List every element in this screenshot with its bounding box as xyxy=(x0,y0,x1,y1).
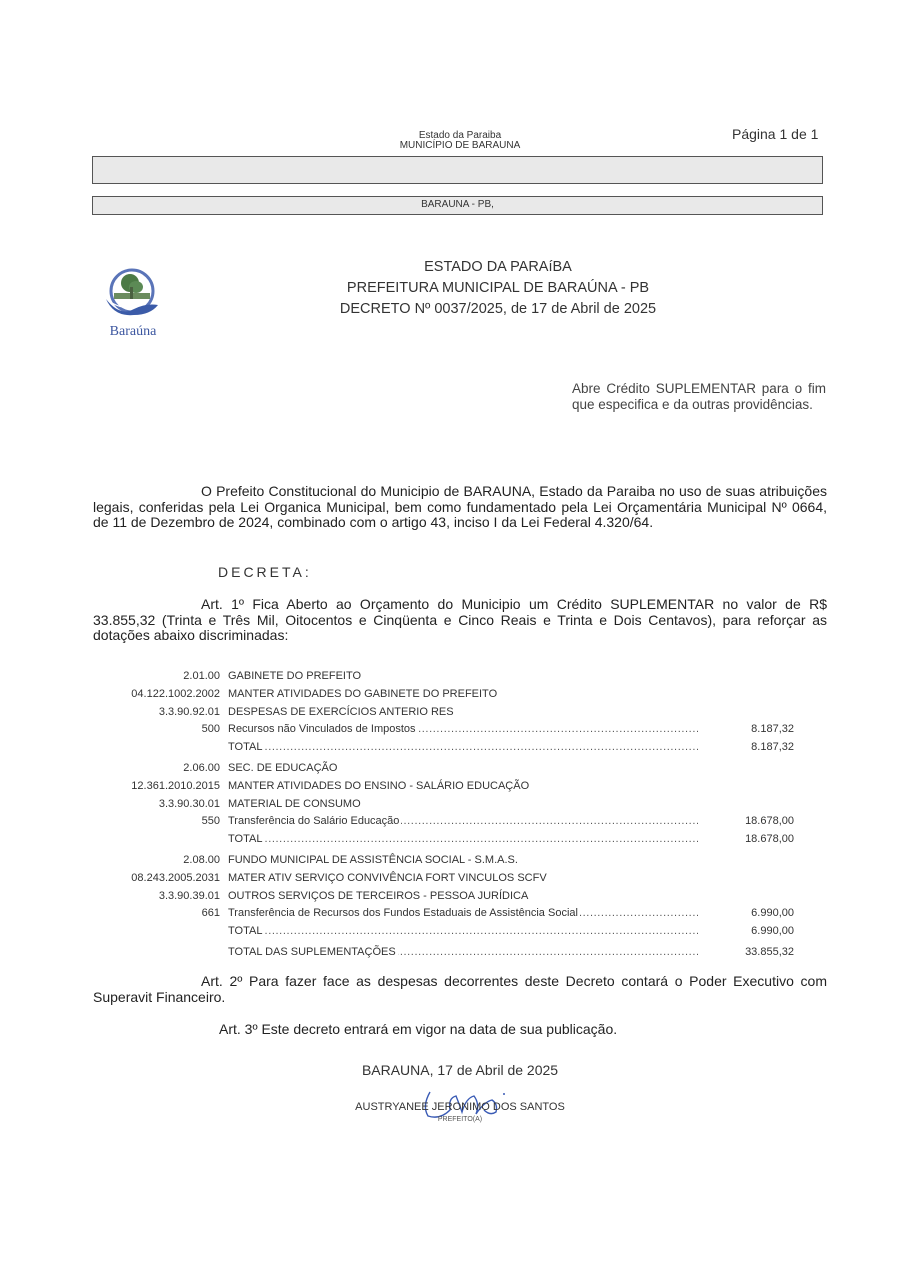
action-name: MANTER ATIVIDADES DO GABINETE DO PREFEIT… xyxy=(228,686,497,702)
total-amount: 8.187,32 xyxy=(700,739,794,755)
article-2: Art. 2º Para fazer face as despesas deco… xyxy=(93,974,827,1005)
action-code: 04.122.1002.2002 xyxy=(131,686,220,702)
element-name: MATERIAL DE CONSUMO xyxy=(228,796,361,812)
preamble-paragraph: O Prefeito Constitucional do Municipio d… xyxy=(93,484,827,531)
source-code: 661 xyxy=(202,905,220,921)
unit-name: SEC. DE EDUCAÇÃO xyxy=(228,760,337,776)
total-amount: 6.990,00 xyxy=(700,923,794,939)
logo-caption: Baraúna xyxy=(100,324,166,340)
source-name: Recursos não Vinculados de Impostos xyxy=(228,721,698,737)
unit-name: FUNDO MUNICIPAL DE ASSISTÊNCIA SOCIAL - … xyxy=(228,852,518,868)
table-row: 12.361.2010.2015 MANTER ATIVIDADES DO EN… xyxy=(0,778,900,794)
action-name: MATER ATIV SERVIÇO CONVIVÊNCIA FORT VINC… xyxy=(228,870,547,886)
action-name: MANTER ATIVIDADES DO ENSINO - SALÁRIO ED… xyxy=(228,778,529,794)
total-label: TOTAL xyxy=(228,739,698,755)
unit-code: 2.01.00 xyxy=(183,668,220,684)
unit-code: 2.08.00 xyxy=(183,852,220,868)
signatory-role: PREFEITO(A) xyxy=(400,1116,520,1123)
article-3: Art. 3º Este decreto entrará em vigor na… xyxy=(219,1021,617,1037)
grand-total-label: TOTAL DAS SUPLEMENTAÇÕES xyxy=(228,944,698,960)
element-code: 3.3.90.30.01 xyxy=(159,796,220,812)
logo: Baraúna xyxy=(100,265,170,340)
table-row: 3.3.90.39.01 OUTROS SERVIÇOS DE TERCEIRO… xyxy=(0,888,900,904)
source-code: 500 xyxy=(202,721,220,737)
table-row: 661 Transferência de Recursos dos Fundos… xyxy=(0,905,900,921)
header-box-location: BARAUNA - PB, xyxy=(92,196,823,215)
source-code: 550 xyxy=(202,813,220,829)
total-label: TOTAL xyxy=(228,923,698,939)
action-code: 08.243.2005.2031 xyxy=(131,870,220,886)
table-row: 3.3.90.30.01 MATERIAL DE CONSUMO xyxy=(0,796,900,812)
decreta-heading: DECRETA: xyxy=(218,564,312,580)
title-state: ESTADO DA PARAíBA xyxy=(288,257,708,278)
element-name: OUTROS SERVIÇOS DE TERCEIROS - PESSOA JU… xyxy=(228,888,528,904)
header-box-blank xyxy=(92,156,823,184)
table-row: TOTAL 6.990,00 xyxy=(0,923,900,939)
table-row: 04.122.1002.2002 MANTER ATIVIDADES DO GA… xyxy=(0,686,900,702)
signatory-name: AUSTRYANEE JERONIMO DOS SANTOS xyxy=(320,1101,600,1113)
source-amount: 8.187,32 xyxy=(700,721,794,737)
article-1: Art. 1º Fica Aberto ao Orçamento do Muni… xyxy=(93,597,827,644)
table-row: TOTAL 8.187,32 xyxy=(0,739,900,755)
table-row: 2.08.00 FUNDO MUNICIPAL DE ASSISTÊNCIA S… xyxy=(0,852,900,868)
header-municipality: MUNICÍPIO DE BARAUNA xyxy=(360,141,560,151)
table-row: 550 Transferência do Salário Educação 18… xyxy=(0,813,900,829)
element-code: 3.3.90.39.01 xyxy=(159,888,220,904)
element-name: DESPESAS DE EXERCÍCIOS ANTERIO RES xyxy=(228,704,454,720)
source-name: Transferência do Salário Educação xyxy=(228,813,698,829)
action-code: 12.361.2010.2015 xyxy=(131,778,220,794)
source-name: Transferência de Recursos dos Fundos Est… xyxy=(228,905,698,921)
table-row: 08.243.2005.2031 MATER ATIV SERVIÇO CONV… xyxy=(0,870,900,886)
table-row: 2.01.00 GABINETE DO PREFEITO xyxy=(0,668,900,684)
grand-total-row: TOTAL DAS SUPLEMENTAÇÕES 33.855,32 xyxy=(0,944,900,960)
source-amount: 18.678,00 xyxy=(700,813,794,829)
table-row: TOTAL 18.678,00 xyxy=(0,831,900,847)
grand-total-amount: 33.855,32 xyxy=(700,944,794,960)
unit-name: GABINETE DO PREFEITO xyxy=(228,668,361,684)
decree-title: DECRETO Nº 0037/2025, de 17 de Abril de … xyxy=(288,299,708,320)
page-indicator: Página 1 de 1 xyxy=(732,126,818,142)
table-row: 3.3.90.92.01 DESPESAS DE EXERCÍCIOS ANTE… xyxy=(0,704,900,720)
table-row: 2.06.00 SEC. DE EDUCAÇÃO xyxy=(0,760,900,776)
total-label: TOTAL xyxy=(228,831,698,847)
ementa: Abre Crédito SUPLEMENTAR para o fim que … xyxy=(572,381,826,413)
title-prefeitura: PREFEITURA MUNICIPAL DE BARAÚNA - PB xyxy=(288,278,708,299)
barauna-coat-of-arms-icon xyxy=(100,265,170,321)
table-row: 500 Recursos não Vinculados de Impostos … xyxy=(0,721,900,737)
place-date: BARAUNA, 17 de Abril de 2025 xyxy=(330,1062,590,1078)
element-code: 3.3.90.92.01 xyxy=(159,704,220,720)
source-amount: 6.990,00 xyxy=(700,905,794,921)
total-amount: 18.678,00 xyxy=(700,831,794,847)
unit-code: 2.06.00 xyxy=(183,760,220,776)
